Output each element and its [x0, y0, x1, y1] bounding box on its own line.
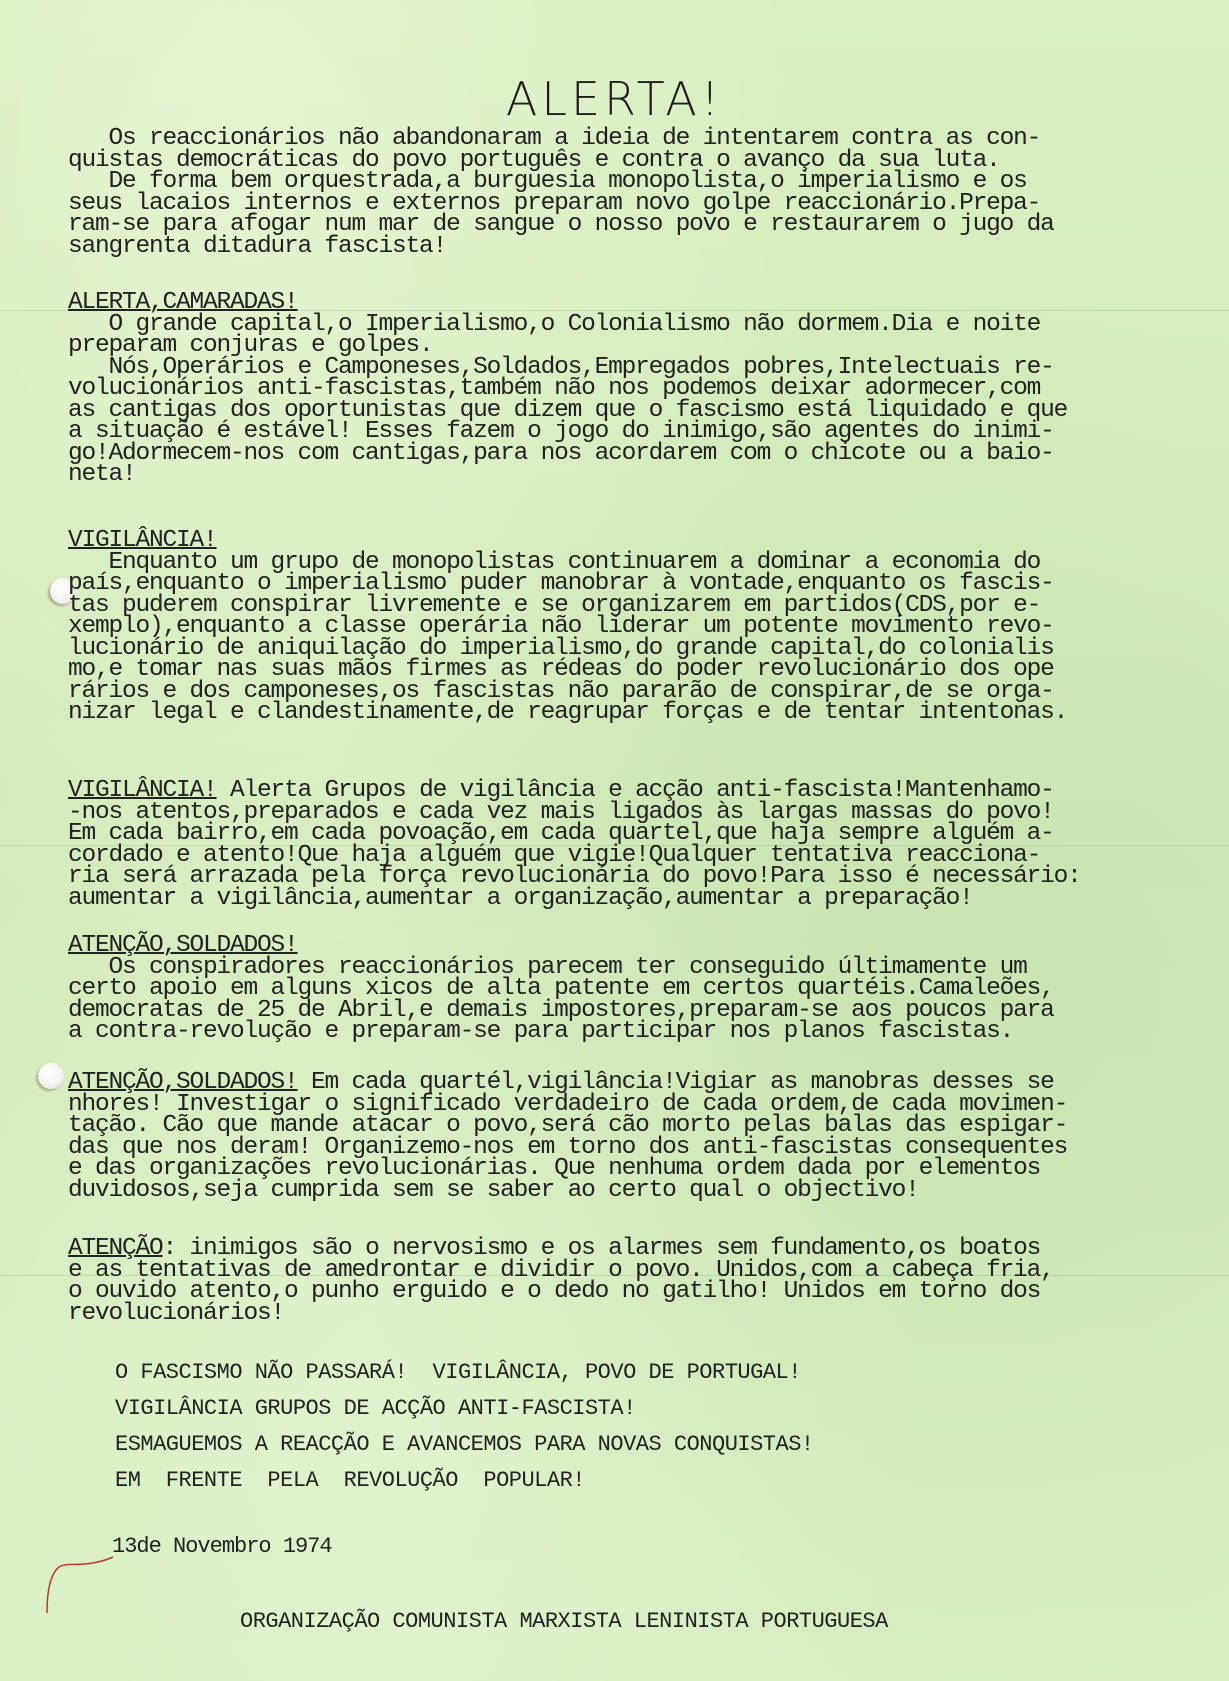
slogan-line: EM FRENTE PELA REVOLUÇÃO POPULAR! — [115, 1463, 814, 1499]
slogans: O FASCISMO NÃO PASSARÁ! VIGILÂNCIA, POVO… — [115, 1355, 814, 1499]
section-soldados-quartel: ATENÇÃO,SOLDADOS! Em cada quartél,vigilâ… — [68, 1072, 1188, 1201]
text-line: neta! — [68, 464, 1188, 486]
red-pen-mark — [45, 1555, 115, 1615]
section-vigilancia: VIGILÂNCIA! Enquanto um grupo de monopol… — [68, 530, 1188, 724]
slogan-line: ESMAGUEMOS A REACÇÃO E AVANCEMOS PARA NO… — [115, 1427, 814, 1463]
text-line: nizar legal e clandestinamente,de reagru… — [68, 702, 1188, 724]
document-title: ALERTA! — [0, 72, 1229, 126]
text-line: sangrenta ditadura fascista! — [68, 236, 1188, 258]
date: 13de Novembro 1974 — [112, 1534, 332, 1559]
section-camaradas: ALERTA,CAMARADAS! O grande capital,o Imp… — [68, 292, 1188, 486]
punch-hole — [38, 1063, 64, 1089]
text-line: duvidosos,seja cumprida sem se saber ao … — [68, 1180, 1188, 1202]
leaflet-page: ALERTA! Os reaccionários não abandonaram… — [0, 0, 1229, 1681]
intro-paragraph: Os reaccionários não abandonaram a ideia… — [68, 128, 1188, 257]
section-vigilancia-grupos: VIGILÂNCIA! Alerta Grupos de vigilância … — [68, 780, 1188, 909]
section-soldados: ATENÇÃO,SOLDADOS! Os conspiradores reacc… — [68, 935, 1188, 1043]
text-line: revolucionários! — [68, 1303, 1188, 1325]
signature: ORGANIZAÇÃO COMUNISTA MARXISTA LENINISTA… — [240, 1609, 888, 1634]
slogan-line: O FASCISMO NÃO PASSARÁ! VIGILÂNCIA, POVO… — [115, 1355, 814, 1391]
text-line: aumentar a vigilância,aumentar a organiz… — [68, 888, 1188, 910]
text-line: a contra-revolução e preparam-se para pa… — [68, 1021, 1188, 1043]
slogan-line: VIGILÂNCIA GRUPOS DE ACÇÃO ANTI-FASCISTA… — [115, 1391, 814, 1427]
text-line: go!Adormecem-nos com cantigas,para nos a… — [68, 443, 1188, 465]
section-atencao: ATENÇÃO: inimigos são o nervosismo e os … — [68, 1238, 1188, 1324]
